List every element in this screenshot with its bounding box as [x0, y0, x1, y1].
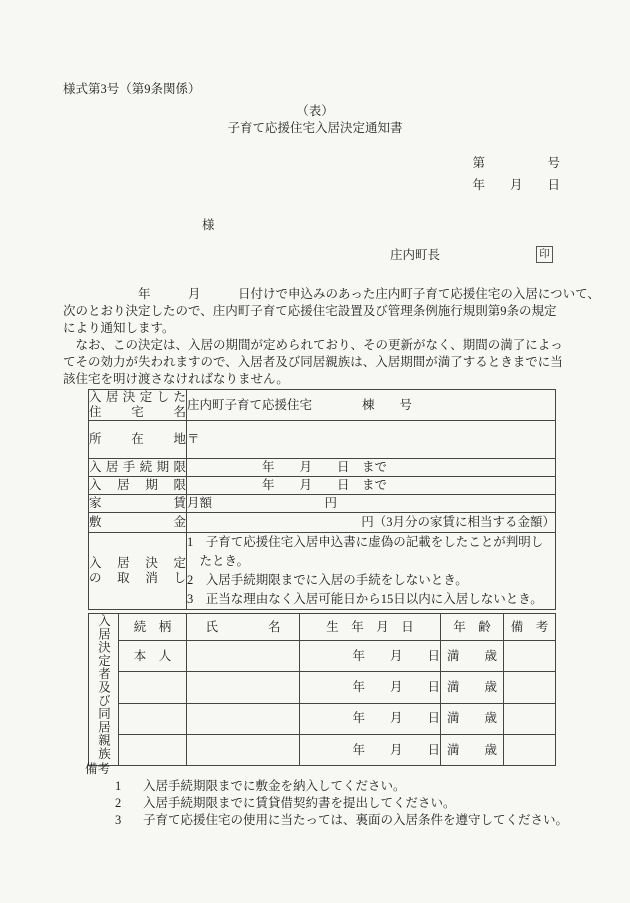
- document-page: 様式第3号（第9条関係） （表） 子育て応援住宅入居決定通知書 第 号 年 月 …: [0, 0, 630, 903]
- remarks-section: 備考 1入居手続期限までに敷金を納入してください。 2入居手続期限までに賃貸借契…: [63, 761, 583, 829]
- member-age: 満 歳: [441, 641, 504, 672]
- address-label: 所在地: [89, 421, 187, 459]
- remark-number: 3: [115, 812, 143, 829]
- move-in-deadline-value: 年 月 日 まで: [187, 477, 556, 495]
- member-name: [187, 672, 300, 703]
- decision-details-table: 入居決定した 住宅名 庄内町子育て応援住宅 棟 号 所在地 〒 入居手続期限 年…: [88, 389, 556, 610]
- table-row: 入居決定した 住宅名 庄内町子育て応援住宅 棟 号: [89, 390, 556, 421]
- issuer-name: 庄内町長: [390, 247, 440, 264]
- move-in-deadline-label: 入居期限: [89, 477, 187, 495]
- relation-header: 続 柄: [119, 614, 187, 641]
- issue-date-line: 年 月 日: [472, 177, 560, 194]
- members-header-row: 入居決定者及び同居親族 続 柄 氏 名 生 年 月 日 年 齢 備 考: [89, 614, 556, 641]
- member-note: [504, 672, 556, 703]
- housing-name-label: 入居決定した 住宅名: [89, 390, 187, 421]
- body-line: 年 月 日付けで申込みのあった庄内町子育て応援住宅の入居について、: [63, 286, 575, 303]
- table-row: 入居期限 年 月 日 まで: [89, 477, 556, 495]
- rent-label: 家賃: [89, 495, 187, 513]
- member-relation: [119, 703, 187, 734]
- member-note: [504, 703, 556, 734]
- remark-item: 1入居手続期限までに敷金を納入してください。: [63, 778, 583, 795]
- table-row: 家賃 月額 円: [89, 495, 556, 513]
- member-name: [187, 703, 300, 734]
- member-relation: [119, 672, 187, 703]
- cancellation-label: 入居決定 の取消し: [89, 533, 187, 610]
- member-relation: 本 人: [119, 641, 187, 672]
- member-birthdate: 年 月 日: [300, 703, 441, 734]
- cancel-condition-line: 2 入居手続期限までに入居の手続をしないとき。: [187, 571, 555, 590]
- member-birthdate: 年 月 日: [300, 672, 441, 703]
- cancel-condition-line: 3 正当な理由なく入居可能日から15日以内に入居しないとき。: [187, 590, 555, 609]
- member-row: 年 月 日 満 歳: [89, 672, 556, 703]
- table-row: 所在地 〒: [89, 421, 556, 459]
- remark-number: 2: [115, 795, 143, 812]
- remark-number: 1: [115, 778, 143, 795]
- procedure-deadline-value: 年 月 日 まで: [187, 459, 556, 477]
- members-table: 入居決定者及び同居親族 続 柄 氏 名 生 年 月 日 年 齢 備 考 本 人 …: [88, 613, 556, 766]
- member-note: [504, 641, 556, 672]
- note-header: 備 考: [504, 614, 556, 641]
- table-row: 入居決定 の取消し 1 子育て応援住宅入居申込書に虚偽の記載をしたことが判明し …: [89, 533, 556, 610]
- name-header: 氏 名: [187, 614, 300, 641]
- table-row: 入居手続期限 年 月 日 まで: [89, 459, 556, 477]
- body-line: てその効力が失われますので、入居者及び同居親族は、入居期間が満了するときまでに当: [63, 354, 575, 371]
- deposit-label: 敷金: [89, 513, 187, 533]
- cancel-condition-line: たとき。: [187, 552, 555, 571]
- body-line: なお、この決定は、入居の期間が定められており、その更新がなく、期間の満了によっ: [63, 337, 575, 354]
- table-row: 敷金 円（3月分の家賃に相当する金額）: [89, 513, 556, 533]
- form-number: 様式第3号（第9条関係）: [63, 81, 201, 98]
- seal-placeholder: 印: [536, 246, 553, 263]
- side-label: （表）: [0, 103, 630, 120]
- member-row: 本 人 年 月 日 満 歳: [89, 641, 556, 672]
- address-value: 〒: [187, 421, 556, 459]
- remark-text: 入居手続期限までに敷金を納入してください。: [143, 779, 406, 793]
- document-title: 子育て応援住宅入居決定通知書: [0, 120, 630, 137]
- rent-value: 月額 円: [187, 495, 556, 513]
- age-header: 年 齢: [441, 614, 504, 641]
- members-group-label: 入居決定者及び同居親族: [89, 614, 119, 766]
- body-line: 該住宅を明け渡さなければなりません。: [63, 371, 575, 388]
- remark-text: 入居手続期限までに賃貸借契約書を提出してください。: [143, 796, 456, 810]
- remarks-heading: 備考: [63, 761, 583, 778]
- remark-item: 2入居手続期限までに賃貸借契約書を提出してください。: [63, 795, 583, 812]
- birthdate-header: 生 年 月 日: [300, 614, 441, 641]
- member-birthdate: 年 月 日: [300, 641, 441, 672]
- member-age: 満 歳: [441, 703, 504, 734]
- cancellation-conditions: 1 子育て応援住宅入居申込書に虚偽の記載をしたことが判明し たとき。 2 入居手…: [187, 533, 556, 610]
- remark-text: 子育て応援住宅の使用に当たっては、裏面の入居条件を遵守してください。: [143, 813, 568, 827]
- addressee-honorific: 様: [202, 217, 215, 234]
- cancel-condition-line: 1 子育て応援住宅入居申込書に虚偽の記載をしたことが判明し: [187, 533, 555, 552]
- document-number-line: 第 号: [472, 155, 560, 172]
- member-row: 年 月 日 満 歳: [89, 703, 556, 734]
- procedure-deadline-label: 入居手続期限: [89, 459, 187, 477]
- body-line: により通知します。: [63, 320, 575, 337]
- deposit-value: 円（3月分の家賃に相当する金額）: [187, 513, 556, 533]
- body-text: 年 月 日付けで申込みのあった庄内町子育て応援住宅の入居について、 次のとおり決…: [63, 286, 575, 388]
- member-name: [187, 641, 300, 672]
- member-age: 満 歳: [441, 672, 504, 703]
- remark-item: 3子育て応援住宅の使用に当たっては、裏面の入居条件を遵守してください。: [63, 812, 583, 829]
- body-line: 次のとおり決定したので、庄内町子育て応援住宅設置及び管理条例施行規則第9条の規定: [63, 303, 575, 320]
- housing-name-value: 庄内町子育て応援住宅 棟 号: [187, 390, 556, 421]
